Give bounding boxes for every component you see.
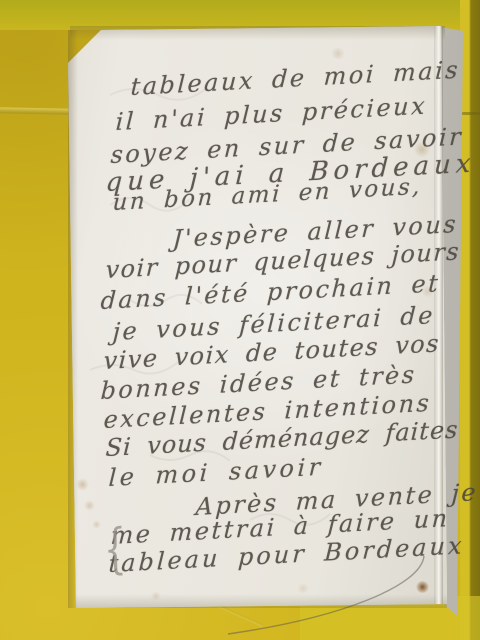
foxing-spot: [150, 592, 162, 600]
pencil-margin-brace: {: [103, 521, 127, 576]
foxing-spot: [76, 478, 89, 491]
foxing-spot: [92, 520, 101, 529]
foxing-spot: [84, 500, 95, 511]
letter-photograph: tableaux de moi mais il n'ai plus précie…: [0, 0, 480, 640]
seal-spot: [416, 581, 429, 593]
foxing-spot: [296, 584, 310, 593]
foxing-spot: [330, 48, 346, 59]
